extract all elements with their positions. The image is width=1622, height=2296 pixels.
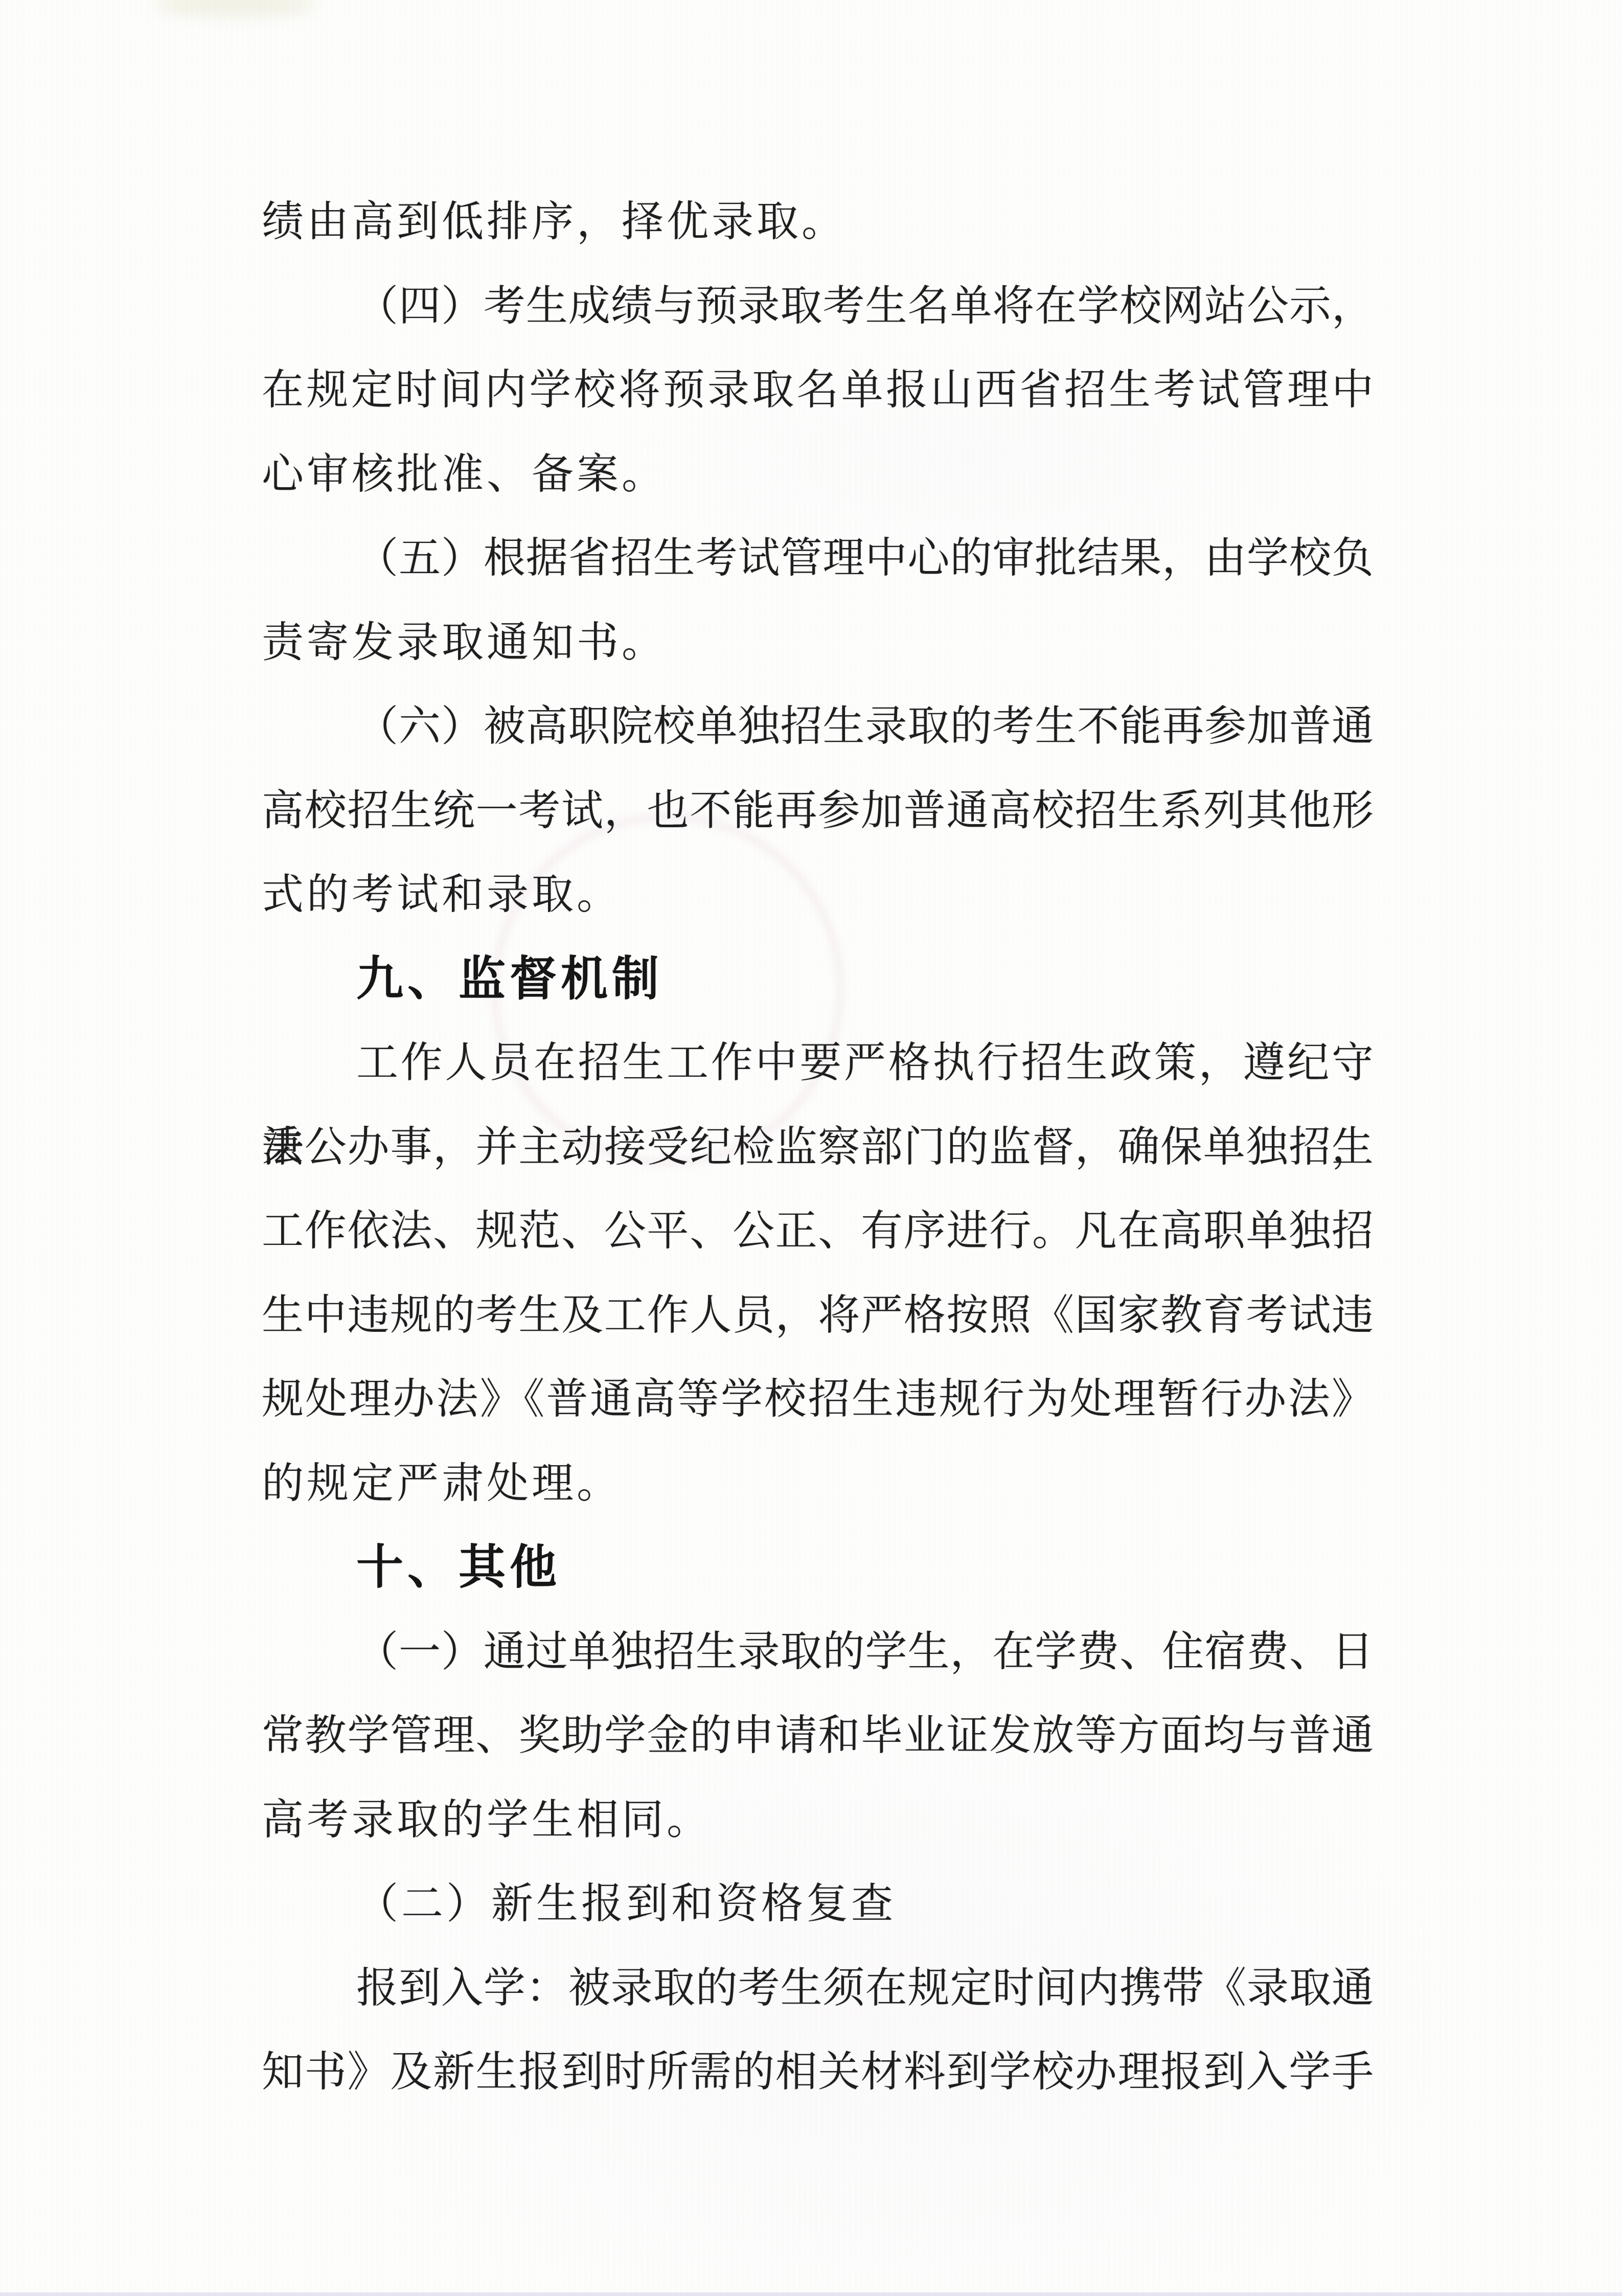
document-line: 责寄发录取通知书。: [262, 601, 1374, 685]
scanner-edge-line: [0, 2292, 1622, 2296]
document-line: 规处理办法》《普通高等学校招生违规行为处理暂行办法》: [262, 1357, 1374, 1442]
document-line: （五）根据省招生考试管理中心的审批结果，由学校负: [262, 516, 1374, 601]
document-line: 绩由高到低排序，择优录取。: [262, 180, 1374, 264]
document-line: 报到入学：被录取的考生须在规定时间内携带《录取通: [262, 1946, 1374, 2031]
document-text-block: 绩由高到低排序，择优录取。 （四）考生成绩与预录取考生名单将在学校网站公示， 在…: [262, 180, 1374, 2115]
document-line: 高校招生统一考试，也不能再参加普通高校招生系列其他形: [262, 769, 1374, 853]
document-line: 高考录取的学生相同。: [262, 1778, 1374, 1862]
document-line: 秉公办事，并主动接受纪检监察部门的监督，确保单独招生: [262, 1105, 1374, 1190]
document-line: 的规定严肃处理。: [262, 1442, 1374, 1526]
section-heading: 十、其他: [262, 1526, 1374, 1610]
document-line: 心审核批准、备案。: [262, 433, 1374, 517]
document-line: （二）新生报到和资格复查: [262, 1862, 1374, 1946]
document-line: 常教学管理、奖助学金的申请和毕业证发放等方面均与普通: [262, 1694, 1374, 1778]
document-line: 式的考试和录取。: [262, 853, 1374, 937]
document-line: 在规定时间内学校将预录取名单报山西省招生考试管理中: [262, 348, 1374, 433]
document-line: （一）通过单独招生录取的学生，在学费、住宿费、日: [262, 1610, 1374, 1694]
document-line: 工作依法、规范、公平、公正、有序进行。凡在高职单独招: [262, 1189, 1374, 1274]
document-line: 生中违规的考生及工作人员，将严格按照《国家教育考试违: [262, 1274, 1374, 1358]
scanned-document-page: 绩由高到低排序，择优录取。 （四）考生成绩与预录取考生名单将在学校网站公示， 在…: [0, 0, 1622, 2296]
document-line: 工作人员在招生工作中要严格执行招生政策，遵纪守法，: [262, 1021, 1374, 1105]
document-line: （六）被高职院校单独招生录取的考生不能再参加普通: [262, 685, 1374, 769]
document-line: （四）考生成绩与预录取考生名单将在学校网站公示，: [262, 264, 1374, 349]
document-line: 知书》及新生报到时所需的相关材料到学校办理报到入学手: [262, 2030, 1374, 2115]
section-heading: 九、监督机制: [262, 937, 1374, 1021]
